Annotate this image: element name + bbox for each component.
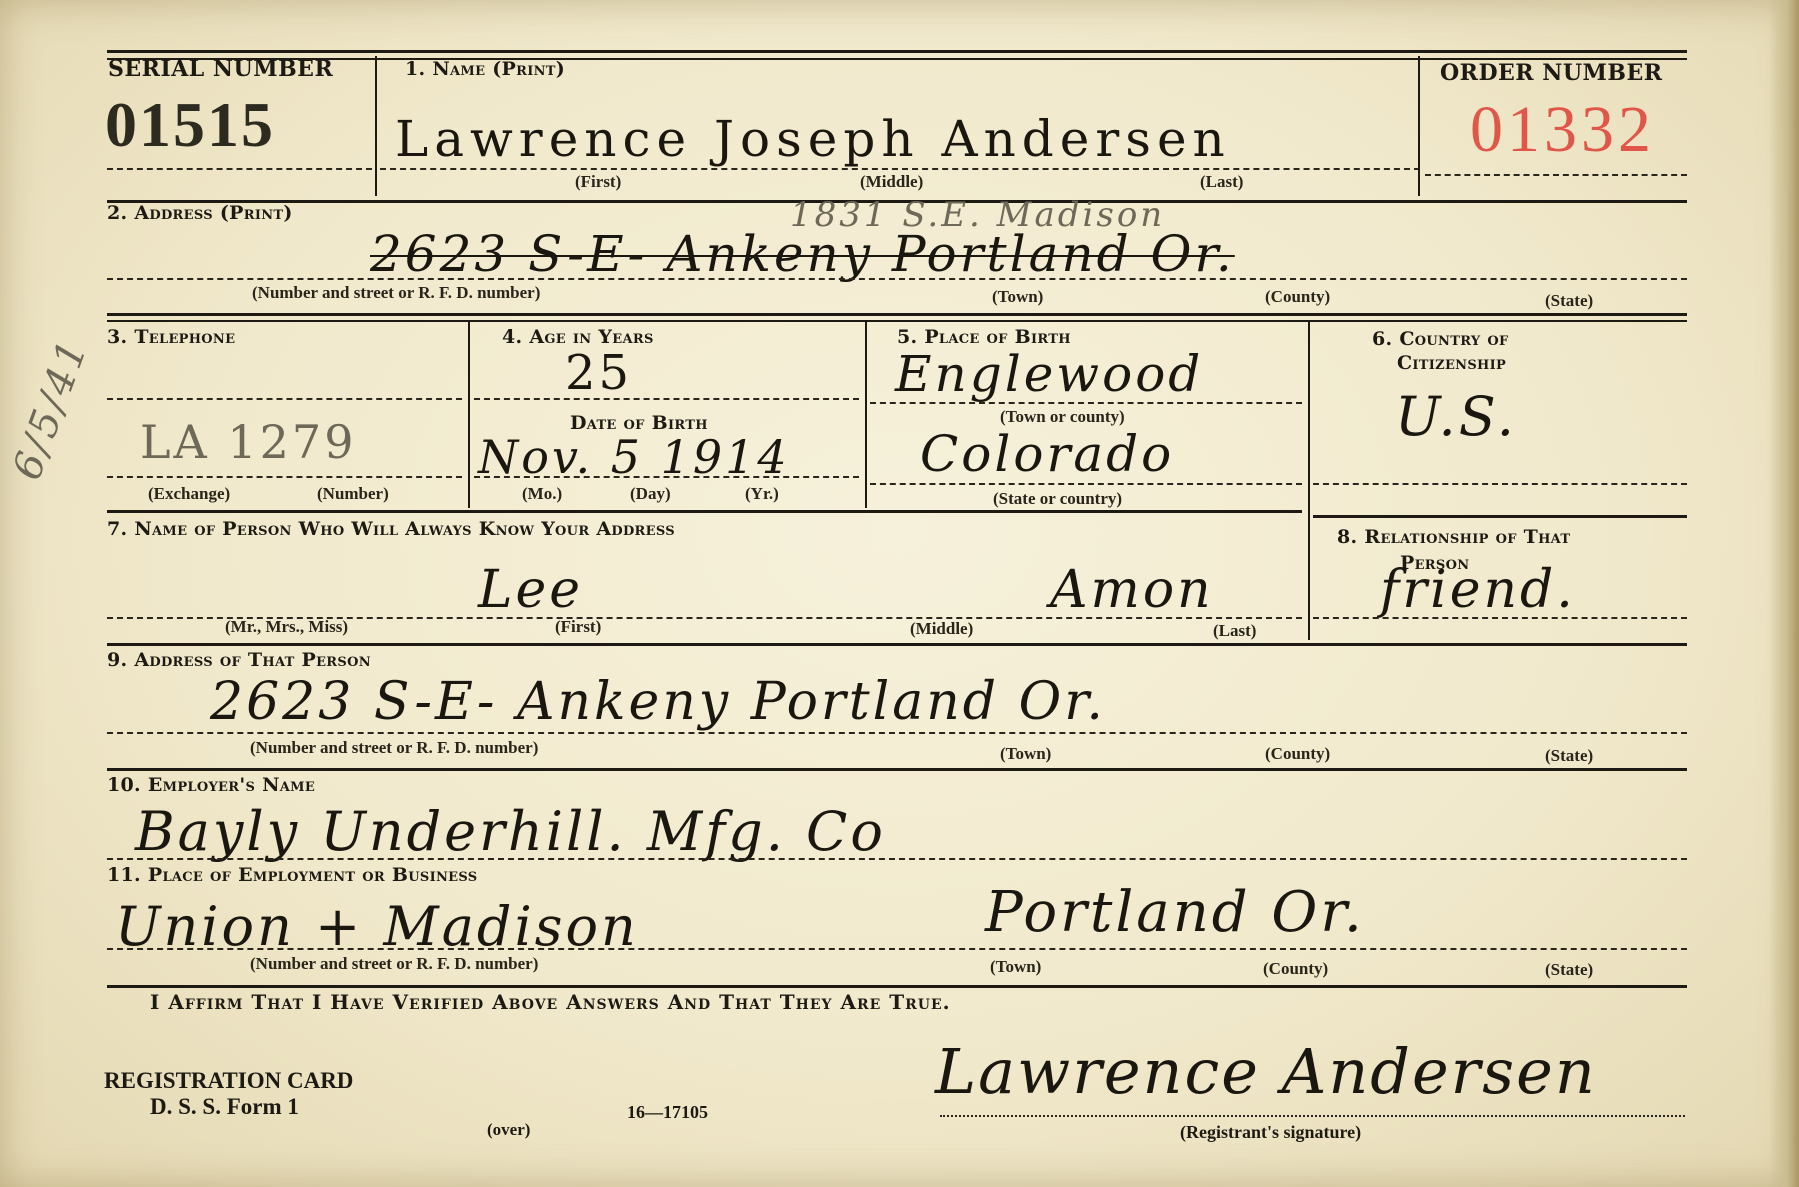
address-value[interactable]: 2623 S-E- Ankeny Portland Or. xyxy=(370,225,1235,283)
employment-sub-county: (County) xyxy=(1263,959,1328,979)
telephone-dash-1 xyxy=(107,398,462,400)
print-code: 16—17105 xyxy=(627,1102,708,1123)
contact-name-label: 7. Name of Person Who Will Always Know Y… xyxy=(107,518,675,540)
serial-number-label: SERIAL NUMBER xyxy=(108,56,333,82)
rule-after-address-2 xyxy=(107,320,1687,322)
birthplace-town[interactable]: Englewood xyxy=(895,345,1203,403)
employment-town[interactable]: Portland Or. xyxy=(985,880,1365,945)
address-dash xyxy=(107,278,1687,280)
rule-after-row3 xyxy=(107,510,1302,513)
rule-before-affirm xyxy=(107,985,1687,988)
top-rule xyxy=(107,50,1687,53)
over-note: (over) xyxy=(487,1120,530,1140)
card-edge xyxy=(1769,0,1799,1187)
form-number: D. S. S. Form 1 xyxy=(150,1094,299,1120)
registrant-signature[interactable]: Lawrence Andersen xyxy=(935,1035,1597,1108)
employment-place-label: 11. Place of Employment or Business xyxy=(107,864,477,886)
birthplace-state[interactable]: Colorado xyxy=(920,425,1174,483)
employer-value[interactable]: Bayly Underhill. Mfg. Co xyxy=(135,800,886,863)
relationship-value[interactable]: friend. xyxy=(1380,560,1576,620)
address-sub-state: (State) xyxy=(1545,291,1593,311)
dob-sub-day: (Day) xyxy=(630,484,671,504)
signature-label: (Registrant's signature) xyxy=(1180,1122,1361,1143)
contact-address-dash xyxy=(107,732,1687,734)
contact-address-sub-county: (County) xyxy=(1265,744,1330,764)
contact-sub-first: (First) xyxy=(555,617,601,637)
age-value[interactable]: 25 xyxy=(565,345,632,401)
dob-sub-mo: (Mo.) xyxy=(522,484,562,504)
contact-last-name[interactable]: Amon xyxy=(1050,560,1214,620)
employment-sub-street: (Number and street or R. F. D. number) xyxy=(250,954,538,974)
col-divider-3 xyxy=(1308,322,1310,640)
address-sub-town: (Town) xyxy=(992,287,1043,307)
employer-dash xyxy=(107,858,1687,860)
birthplace-sub-state: (State or country) xyxy=(993,489,1122,509)
rule-after-contact-address xyxy=(107,768,1687,771)
name-sub-middle: (Middle) xyxy=(860,172,923,192)
birthplace-sub-town: (Town or county) xyxy=(1000,407,1125,427)
relationship-label-1: 8. Relationship of That xyxy=(1337,526,1570,548)
employment-dash xyxy=(107,948,1687,950)
contact-address-sub-state: (State) xyxy=(1545,746,1593,766)
telephone-sub-exchange: (Exchange) xyxy=(148,484,230,504)
affirmation-text: I Affirm That I Have Verified Above Answ… xyxy=(150,990,951,1014)
citizenship-label-1: 6. Country of xyxy=(1372,328,1509,350)
order-divider xyxy=(1418,56,1420,196)
citizenship-label-2: Citizenship xyxy=(1397,352,1506,374)
order-dash xyxy=(1425,174,1687,176)
registration-card: 6/5/41 SERIAL NUMBER 01515 1. Name (Prin… xyxy=(0,0,1799,1187)
serial-dash xyxy=(107,168,372,170)
order-number-label: ORDER NUMBER xyxy=(1440,60,1663,86)
col-divider-1 xyxy=(468,322,470,508)
employment-sub-state: (State) xyxy=(1545,960,1593,980)
name-dash xyxy=(380,168,1420,170)
margin-date-note: 6/5/41 xyxy=(4,332,97,486)
contact-first-name[interactable]: Lee xyxy=(478,560,583,620)
contact-sub-last: (Last) xyxy=(1213,621,1256,641)
telephone-label: 3. Telephone xyxy=(107,326,235,348)
age-dash xyxy=(474,398,859,400)
col-divider-2 xyxy=(865,322,867,508)
rule-after-contact xyxy=(107,643,1687,646)
telephone-sub-number: (Number) xyxy=(317,484,389,504)
birthplace-dash-1 xyxy=(870,402,1302,404)
name-sub-first: (First) xyxy=(575,172,621,192)
rule-after-citizenship xyxy=(1313,515,1687,518)
serial-divider xyxy=(375,56,377,196)
contact-address-sub-town: (Town) xyxy=(1000,744,1051,764)
address-label: 2. Address (Print) xyxy=(107,202,293,224)
contact-address-label: 9. Address of That Person xyxy=(107,649,371,671)
telephone-value[interactable]: LA 1279 xyxy=(140,415,356,469)
registration-card-title: REGISTRATION CARD xyxy=(104,1068,353,1094)
relationship-dash xyxy=(1313,617,1687,619)
contact-sub-title: (Mr., Mrs., Miss) xyxy=(225,617,348,637)
contact-address-value[interactable]: 2623 S-E- Ankeny Portland Or. xyxy=(210,672,1106,732)
name-label: 1. Name (Print) xyxy=(405,58,565,80)
rule-after-address xyxy=(107,313,1687,316)
serial-number: 01515 xyxy=(105,88,275,162)
citizenship-dash xyxy=(1313,483,1687,485)
dob-dash xyxy=(474,476,859,478)
employer-label: 10. Employer's Name xyxy=(107,774,315,796)
employment-sub-town: (Town) xyxy=(990,957,1041,977)
address-sub-county: (County) xyxy=(1265,287,1330,307)
signature-line xyxy=(940,1115,1685,1117)
dob-sub-yr: (Yr.) xyxy=(745,484,779,504)
name-sub-last: (Last) xyxy=(1200,172,1243,192)
birthplace-dash-2 xyxy=(870,483,1302,485)
order-number: 01332 xyxy=(1470,92,1655,168)
name-value[interactable]: Lawrence Joseph Andersen xyxy=(395,110,1231,168)
contact-address-sub-street: (Number and street or R. F. D. number) xyxy=(250,738,538,758)
telephone-dash-2 xyxy=(107,476,462,478)
contact-sub-middle: (Middle) xyxy=(910,619,973,639)
address-sub-street: (Number and street or R. F. D. number) xyxy=(252,283,540,303)
citizenship-value[interactable]: U.S. xyxy=(1395,385,1517,448)
